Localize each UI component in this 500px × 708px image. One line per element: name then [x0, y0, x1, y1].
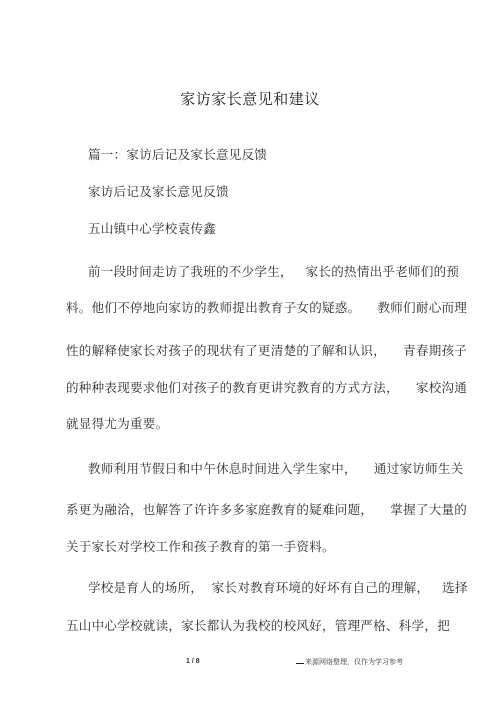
- paragraph-line: 家访后记及家长意见反馈: [88, 182, 229, 200]
- paragraph-line: 五山镇中心学校袁传鑫: [88, 219, 216, 237]
- paragraph-line: 前一段时间走访了我班的不少学生， 家长的热情出乎老师们的预: [88, 262, 459, 280]
- paragraph-line: 教师利用节假日和中午休息时间进入学生家中， 通过家访师生关: [88, 459, 464, 477]
- paragraph-line: 就显得尤为重要。: [66, 414, 168, 432]
- paragraph-line: 五山中心学校就读，家长都认为我校的校风好，管理严格、科学，把: [66, 616, 450, 634]
- paragraph-line: 篇一：家访后记及家长意见反馈: [88, 145, 267, 163]
- document-page: 家访家长意见和建议 篇一：家访后记及家长意见反馈家访后记及家长意见反馈五山镇中心…: [0, 0, 500, 708]
- paragraph-line: 性的解释使家长对孩子的现状有了更清楚的了解和认识， 青春期孩子: [66, 341, 467, 359]
- paragraph-line: 的种种表现要求他们对孩子的教育更讲究教育的方式方法， 家校沟通: [66, 378, 467, 396]
- footer-note: 来源网络整理，仅作为学习参考: [296, 657, 403, 667]
- underline-rule: [296, 663, 304, 664]
- document-title: 家访家长意见和建议: [0, 88, 500, 109]
- paragraph-line: 学校是育人的场所， 家长对教育环境的好坏有自己的理解， 选择: [88, 578, 468, 596]
- paragraph-line: 关于家长对学校工作和孩子教育的第一手资料。: [66, 537, 335, 555]
- footer-note-text: 来源网络整理，仅作为学习参考: [305, 658, 403, 666]
- paragraph-line: 系更为融洽，也解答了许许多多家庭教育的疑难问题， 掌握了大量的: [66, 500, 467, 518]
- paragraph-line: 料。他们不停地向家访的教师提出教育子女的疑惑。 教师们耐心而理: [66, 298, 467, 316]
- page-indicator: 1 / 8: [186, 658, 200, 665]
